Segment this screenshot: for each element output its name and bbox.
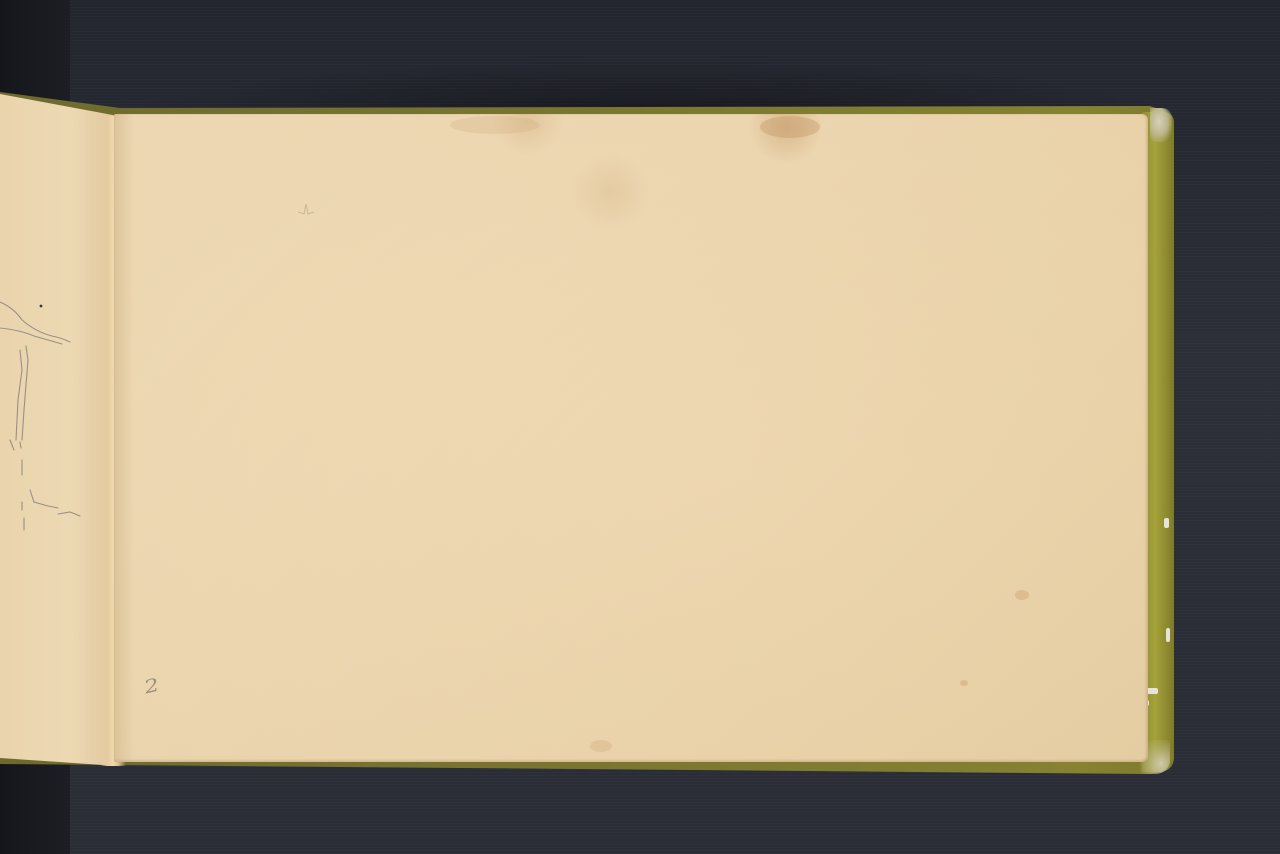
foxing-stain xyxy=(450,116,540,134)
foxing-stain xyxy=(960,680,968,686)
pencil-sketch-icon xyxy=(0,290,100,550)
faint-pencil-mark-icon xyxy=(296,200,318,218)
cover-wear-spot xyxy=(1166,628,1170,642)
foxing-stain xyxy=(590,740,612,752)
cover-corner-wear-top xyxy=(1150,108,1172,142)
right-page-fold-shadow xyxy=(114,114,134,762)
foxing-stain xyxy=(1015,590,1029,600)
right-page xyxy=(114,114,1148,762)
photo-scene: 2 xyxy=(0,0,1280,854)
foxing-stain xyxy=(760,116,820,138)
cover-wear-spot xyxy=(1164,518,1169,528)
